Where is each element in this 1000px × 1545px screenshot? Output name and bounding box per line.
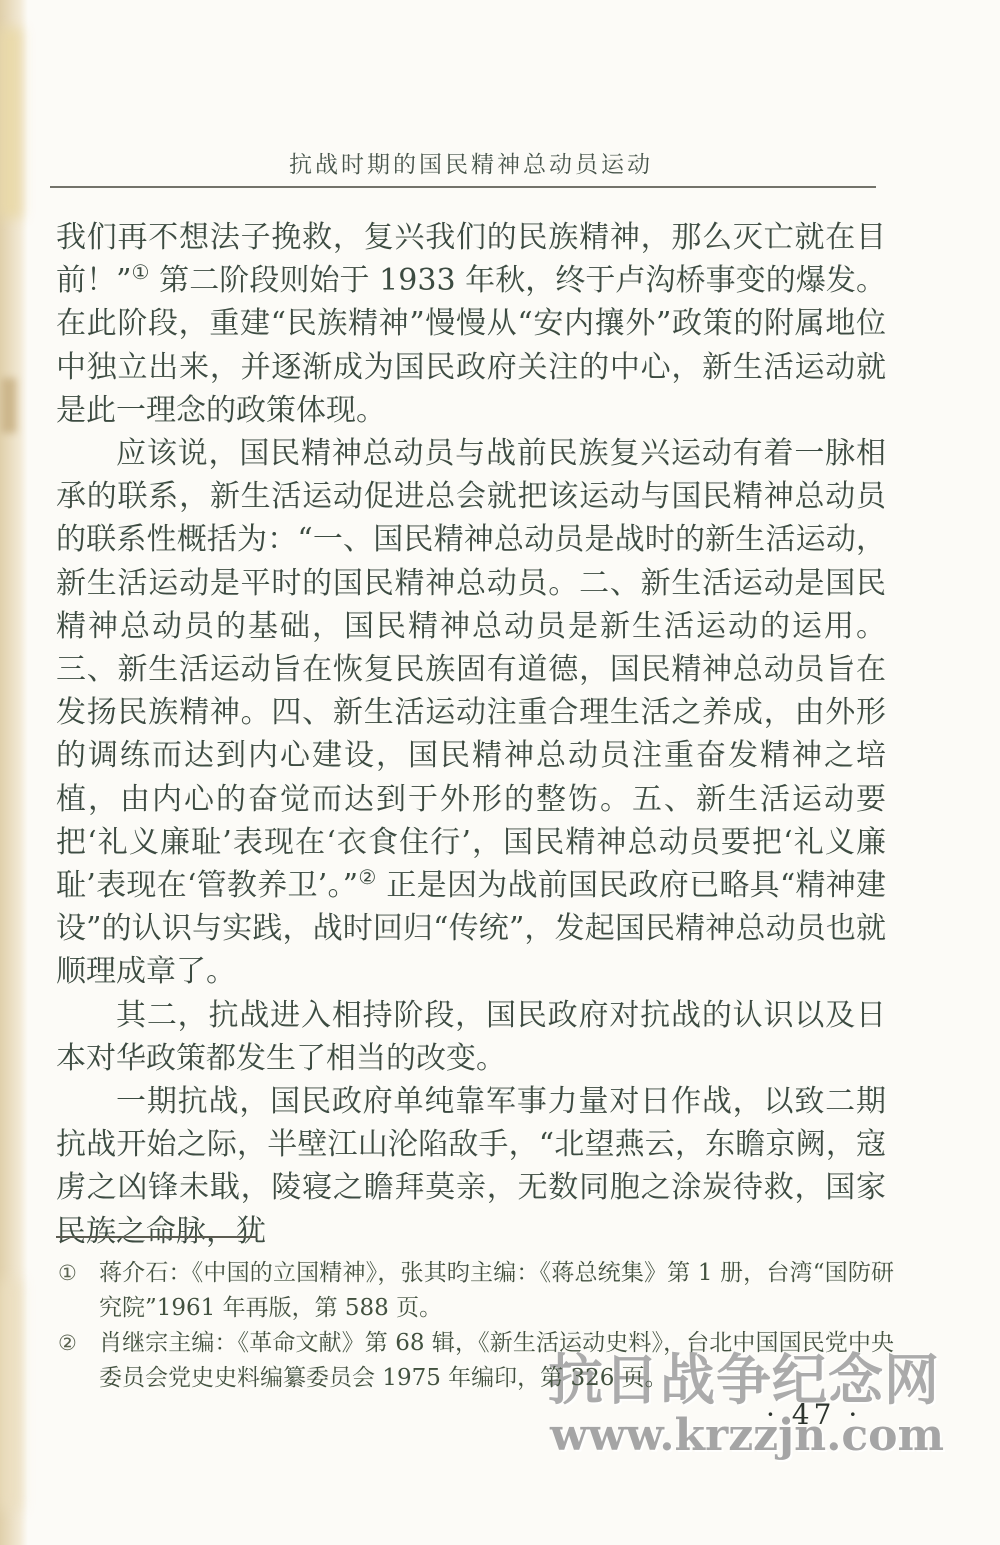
body-paragraph: 应该说，国民精神总动员与战前民族复兴运动有着一脉相承的联系，新生活运动促进总会就… [56, 432, 886, 994]
paragraph-text: 应该说，国民精神总动员与战前民族复兴运动有着一脉相承的联系，新生活运动促进总会就… [56, 436, 886, 989]
footnote-marker: ① [58, 1256, 99, 1291]
scanned-book-page: 抗战时期的国民精神总动员运动 我们再不想法子挽救，复兴我们的民族精神，那么灭亡就… [0, 0, 1000, 1545]
body-paragraph: 一期抗战，国民政府单纯靠军事力量对日作战，以致二期抗战开始之际，半壁江山沦陷敌手… [56, 1080, 886, 1253]
running-header-title: 抗战时期的国民精神总动员运动 [56, 146, 886, 179]
footnote-separator-rule [56, 1236, 257, 1238]
footnote-list: ① 蒋介石：《中国的立国精神》，张其昀主编：《蒋总统集》第 1 册，台湾“国防研… [58, 1256, 894, 1396]
scan-smudge [0, 28, 22, 218]
footnote-text: 蒋介石：《中国的立国精神》，张其昀主编：《蒋总统集》第 1 册，台湾“国防研究院… [99, 1256, 894, 1326]
footnote-ref: ① [131, 260, 149, 284]
paragraph-text: 我们再不想法子挽救，复兴我们的民族精神，那么灭亡就在目前！”① 第二阶段则始于 … [56, 220, 886, 428]
footnote-ref: ② [358, 865, 376, 889]
body-text: 我们再不想法子挽救，复兴我们的民族精神，那么灭亡就在目前！”① 第二阶段则始于 … [56, 216, 886, 1253]
footnote-marker: ② [58, 1326, 99, 1361]
scan-smudge [1, 378, 16, 433]
paragraph-text: 其二，抗战进入相持阶段，国民政府对抗战的认识以及日本对华政策都发生了相当的改变。 [56, 998, 886, 1076]
body-paragraph: 我们再不想法子挽救，复兴我们的民族精神，那么灭亡就在目前！”① 第二阶段则始于 … [56, 216, 886, 432]
scan-smudge [0, 1280, 20, 1510]
page-number: · 47 · [766, 1398, 861, 1431]
header-rule [50, 186, 876, 188]
body-paragraph: 其二，抗战进入相持阶段，国民政府对抗战的认识以及日本对华政策都发生了相当的改变。 [56, 994, 886, 1080]
footnote-item: ② 肖继宗主编：《革命文献》第 68 辑，《新生活运动史料》，台北中国国民党中央… [58, 1326, 894, 1396]
paragraph-text: 一期抗战，国民政府单纯靠军事力量对日作战，以致二期抗战开始之际，半壁江山沦陷敌手… [56, 1084, 886, 1249]
footnote-text: 肖继宗主编：《革命文献》第 68 辑，《新生活运动史料》，台北中国国民党中央委员… [99, 1326, 894, 1396]
footnote-item: ① 蒋介石：《中国的立国精神》，张其昀主编：《蒋总统集》第 1 册，台湾“国防研… [58, 1256, 894, 1326]
watermark-site-url: www.krzzjn.com [550, 1412, 960, 1460]
